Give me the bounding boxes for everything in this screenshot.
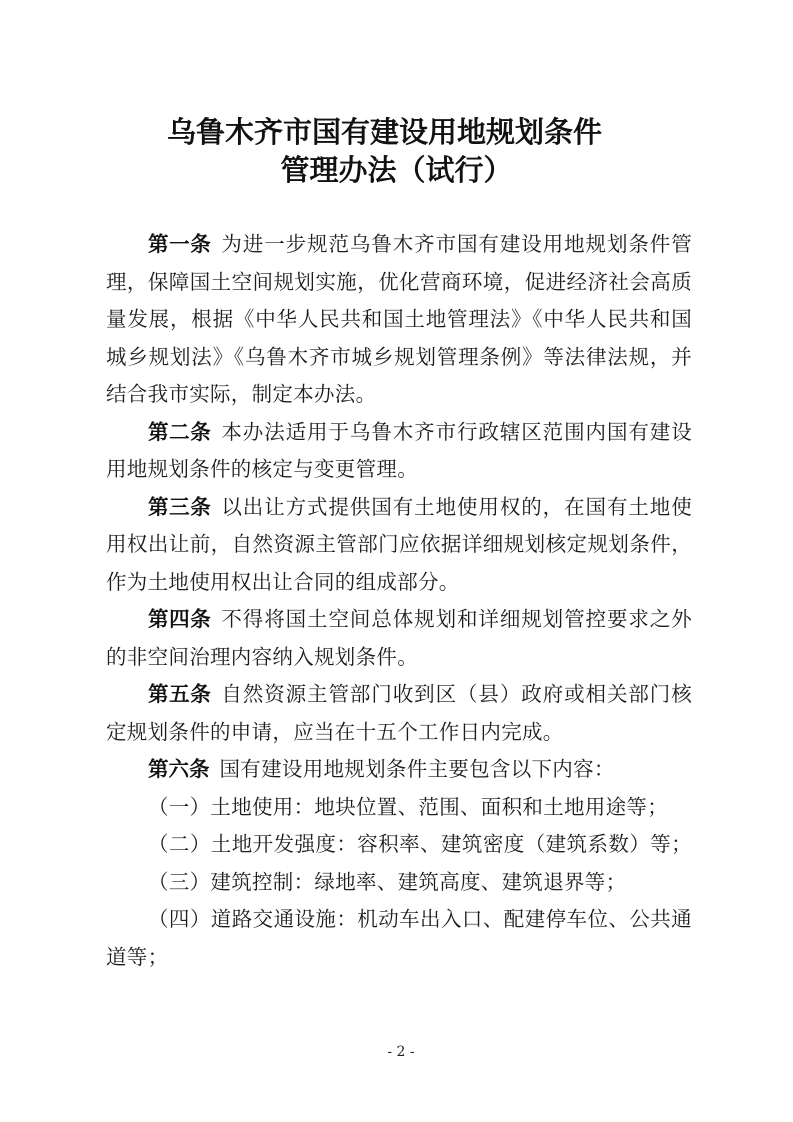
- article-line: 第六条国有建设用地规划条件主要包含以下内容：: [106, 751, 692, 789]
- list-item-3: （三）建筑控制：绿地率、建筑高度、建筑退界等；: [106, 864, 692, 902]
- title-line-2: 管理办法（试行）: [0, 151, 793, 189]
- article-text: 以出让方式提供国有土地使用权的，在国有土地使: [221, 495, 692, 519]
- article-line: 第二条本办法适用于乌鲁木齐市行政辖区范围内国有建设: [106, 414, 692, 452]
- article-line: 第三条以出让方式提供国有土地使用权的，在国有土地使: [106, 489, 692, 527]
- article-text: 本办法适用于乌鲁木齐市行政辖区范围内国有建设: [221, 420, 692, 444]
- article-label: 第五条: [148, 682, 211, 706]
- article-label: 第一条: [148, 232, 211, 256]
- article-label: 第二条: [148, 420, 211, 444]
- document-title: 乌鲁木齐市国有建设用地规划条件 管理办法（试行）: [0, 113, 793, 189]
- article-1: 第一条为进一步规范乌鲁木齐市国有建设用地规划条件管 理，保障国土空间规划实施，优…: [106, 226, 692, 414]
- article-text: 自然资源主管部门收到区（县）政府或相关部门核: [221, 682, 692, 706]
- list-item-2: （二）土地开发强度：容积率、建筑密度（建筑系数）等；: [106, 826, 692, 864]
- article-label: 第六条: [148, 757, 210, 781]
- article-text: 为进一步规范乌鲁木齐市国有建设用地规划条件管: [221, 232, 692, 256]
- article-3: 第三条以出让方式提供国有土地使用权的，在国有土地使 用权出让前，自然资源主管部门…: [106, 489, 692, 602]
- article-line: 理，保障国土空间规划实施，优化营商环境，促进经济社会高质: [106, 264, 692, 302]
- article-line: 作为土地使用权出让合同的组成部分。: [106, 564, 692, 602]
- list-item-4-continued: 道等；: [106, 939, 692, 977]
- article-line: 第四条不得将国土空间总体规划和详细规划管控要求之外: [106, 601, 692, 639]
- article-label: 第三条: [148, 495, 211, 519]
- list-item-1: （一）土地使用：地块位置、范围、面积和土地用途等；: [106, 789, 692, 827]
- page-number: - 2 -: [0, 1042, 793, 1062]
- article-line: 城乡规划法》《乌鲁木齐市城乡规划管理条例》等法律法规，并: [106, 339, 692, 377]
- article-line: 第一条为进一步规范乌鲁木齐市国有建设用地规划条件管: [106, 226, 692, 264]
- article-line: 的非空间治理内容纳入规划条件。: [106, 639, 692, 677]
- list-item-4: （四）道路交通设施：机动车出入口、配建停车位、公共通: [106, 901, 692, 939]
- article-line: 用权出让前，自然资源主管部门应依据详细规划核定规划条件，: [106, 526, 692, 564]
- document-body: 第一条为进一步规范乌鲁木齐市国有建设用地规划条件管 理，保障国土空间规划实施，优…: [106, 226, 692, 976]
- article-line: 结合我市实际，制定本办法。: [106, 376, 692, 414]
- article-line: 第五条自然资源主管部门收到区（县）政府或相关部门核: [106, 676, 692, 714]
- document-page: 乌鲁木齐市国有建设用地规划条件 管理办法（试行） 第一条为进一步规范乌鲁木齐市国…: [0, 0, 793, 1122]
- article-line: 量发展，根据《中华人民共和国土地管理法》《中华人民共和国: [106, 301, 692, 339]
- article-text: 国有建设用地规划条件主要包含以下内容：: [220, 757, 615, 781]
- article-label: 第四条: [148, 607, 211, 631]
- article-5: 第五条自然资源主管部门收到区（县）政府或相关部门核 定规划条件的申请，应当在十五…: [106, 676, 692, 751]
- title-line-1: 乌鲁木齐市国有建设用地规划条件: [0, 113, 793, 151]
- article-line: 定规划条件的申请，应当在十五个工作日内完成。: [106, 714, 692, 752]
- article-4: 第四条不得将国土空间总体规划和详细规划管控要求之外 的非空间治理内容纳入规划条件…: [106, 601, 692, 676]
- article-2: 第二条本办法适用于乌鲁木齐市行政辖区范围内国有建设 用地规划条件的核定与变更管理…: [106, 414, 692, 489]
- article-6: 第六条国有建设用地规划条件主要包含以下内容： （一）土地使用：地块位置、范围、面…: [106, 751, 692, 976]
- article-line: 用地规划条件的核定与变更管理。: [106, 451, 692, 489]
- article-text: 不得将国土空间总体规划和详细规划管控要求之外: [221, 607, 692, 631]
